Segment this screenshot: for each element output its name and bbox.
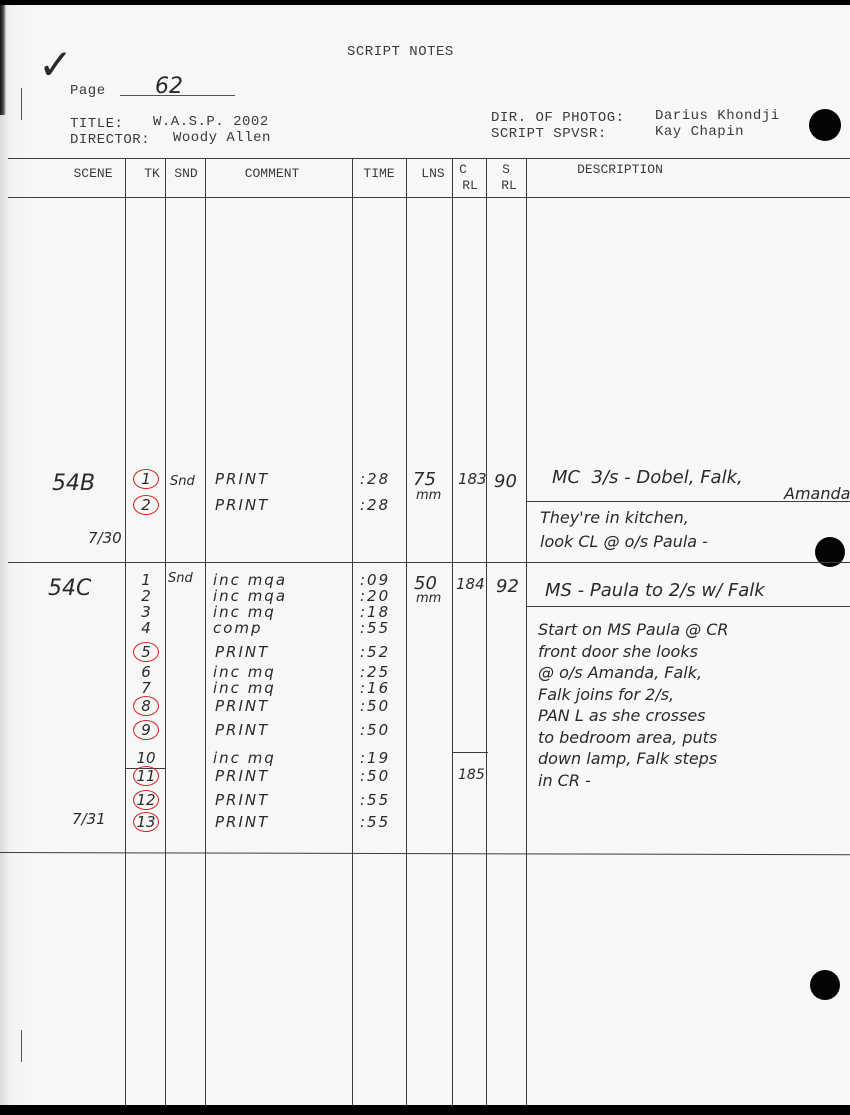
header-scene: SCENE <box>62 166 124 181</box>
scan-border-bottom <box>0 1105 850 1115</box>
director-label: DIRECTOR: <box>70 132 150 148</box>
dp-value: Darius Khondji <box>655 108 780 124</box>
take-time: :55 <box>360 792 390 808</box>
col-rule-s-rl <box>526 158 527 1105</box>
sound-mark: Snd <box>170 474 195 489</box>
take-time: :16 <box>360 680 390 696</box>
take-time: :28 <box>360 471 390 487</box>
description-line: front door she looks <box>538 642 698 662</box>
description-line: @ o/s Amanda, Falk, <box>538 663 702 683</box>
camera-roll-2: 185 <box>458 767 485 783</box>
header-snd: SND <box>167 166 205 181</box>
header-time: TIME <box>354 166 404 181</box>
take-time: :19 <box>360 750 390 766</box>
lens-unit: mm <box>416 591 441 606</box>
sound-roll: 92 <box>496 576 519 597</box>
header-s-rl-bottom: RL <box>496 178 522 193</box>
header-c-rl-top: C <box>456 162 470 177</box>
header-description: DESCRIPTION <box>560 162 680 177</box>
supervisor-label: SCRIPT SPVSR: <box>491 126 607 142</box>
director-value: Woody Allen <box>173 130 271 146</box>
checkmark-icon: ✓ <box>38 40 73 89</box>
sound-mark: Snd <box>168 571 193 586</box>
description-line: They're in kitchen, <box>540 508 689 528</box>
sound-roll: 90 <box>494 471 517 492</box>
supervisor-value: Kay Chapin <box>655 124 744 140</box>
take-comment: inc mq <box>213 604 276 620</box>
header-s-rl-top: S <box>498 162 514 177</box>
description-line: down lamp, Falk steps <box>538 749 717 769</box>
camera-roll-change-divider <box>452 752 488 753</box>
take-comment: PRINT <box>215 792 269 808</box>
setup-divider <box>526 606 850 607</box>
table-top-rule <box>8 158 850 159</box>
description-line: Falk joins for 2/s, <box>538 685 674 705</box>
col-rule-lns <box>452 158 453 1105</box>
take-time: :55 <box>360 620 390 636</box>
take-number: 10 <box>133 748 159 768</box>
take-comment: PRINT <box>215 814 269 830</box>
setup-line-1: MC 3/s - Dobel, Falk, <box>552 467 743 488</box>
print-circle-icon <box>133 469 159 489</box>
take-time: :28 <box>360 497 390 513</box>
print-circle-icon <box>133 696 159 716</box>
title-value: W.A.S.P. 2002 <box>153 114 269 130</box>
page-number: 62 <box>155 74 183 99</box>
lens-unit: mm <box>416 488 441 503</box>
col-rule-scene <box>125 158 126 1105</box>
scene-date: 7/30 <box>88 529 122 547</box>
take-comment: inc mqa <box>213 572 287 588</box>
take-time: :18 <box>360 604 390 620</box>
camera-roll: 183 <box>458 470 487 488</box>
col-rule-tk <box>165 158 166 1105</box>
take-comment: PRINT <box>215 768 269 784</box>
take-time: :50 <box>360 768 390 784</box>
col-rule-c-rl <box>486 158 487 1105</box>
col-rule-time <box>406 158 407 1105</box>
take-time: :50 <box>360 698 390 714</box>
print-circle-icon <box>133 812 159 832</box>
take-comment: inc mq <box>213 664 276 680</box>
take-comment: PRINT <box>215 471 269 487</box>
scan-shadow <box>0 5 6 115</box>
hole-punch-top <box>809 109 841 141</box>
hole-punch-bottom <box>810 970 840 1000</box>
take-time: :09 <box>360 572 390 588</box>
header-lns: LNS <box>413 166 453 181</box>
scene-number: 54B <box>52 471 95 496</box>
header-comment: COMMENT <box>222 166 322 181</box>
description-line: to bedroom area, puts <box>538 728 717 748</box>
margin-mark-bottom <box>21 1030 22 1062</box>
print-circle-icon <box>133 766 159 786</box>
page-label: Page <box>70 83 106 99</box>
take-comment: inc mqa <box>213 588 287 604</box>
header-bottom-rule <box>8 197 850 198</box>
print-circle-icon <box>133 790 159 810</box>
take-comment: comp <box>213 620 263 636</box>
take-time: :25 <box>360 664 390 680</box>
camera-roll: 184 <box>456 575 485 593</box>
take-comment: PRINT <box>215 497 269 513</box>
take-number: 7 <box>133 678 159 698</box>
form-title: SCRIPT NOTES <box>347 44 454 60</box>
setup-divider <box>526 501 850 502</box>
col-rule-snd <box>205 158 206 1105</box>
lens: 75 <box>413 469 436 490</box>
scene-number: 54C <box>48 576 91 601</box>
dp-label: DIR. OF PHOTOG: <box>491 110 625 126</box>
title-label: TITLE: <box>70 116 123 132</box>
take-comment: PRINT <box>215 644 269 660</box>
scene-date: 7/31 <box>72 810 106 828</box>
description-line: Start on MS Paula @ CR <box>538 620 729 640</box>
col-rule-comment <box>352 158 353 1105</box>
print-circle-icon <box>133 720 159 740</box>
take-comment: PRINT <box>215 698 269 714</box>
description-line: look CL @ o/s Paula - <box>540 532 708 552</box>
margin-mark <box>21 88 22 120</box>
take-comment: inc mq <box>213 750 276 766</box>
take-comment: inc mq <box>213 680 276 696</box>
header-tk: TK <box>138 166 166 181</box>
row-divider-54b <box>8 562 850 563</box>
take-comment: PRINT <box>215 722 269 738</box>
print-circle-icon <box>133 642 159 662</box>
take-number: 4 <box>133 618 159 638</box>
setup: MS - Paula to 2/s w/ Falk <box>545 580 765 601</box>
header-c-rl-bottom: RL <box>460 178 480 193</box>
take-time: :55 <box>360 814 390 830</box>
description-line: PAN L as she crosses <box>538 706 706 726</box>
print-circle-icon <box>133 495 159 515</box>
take-time: :50 <box>360 722 390 738</box>
take-time: :52 <box>360 644 390 660</box>
take-time: :20 <box>360 588 390 604</box>
description-line: in CR - <box>538 771 591 791</box>
